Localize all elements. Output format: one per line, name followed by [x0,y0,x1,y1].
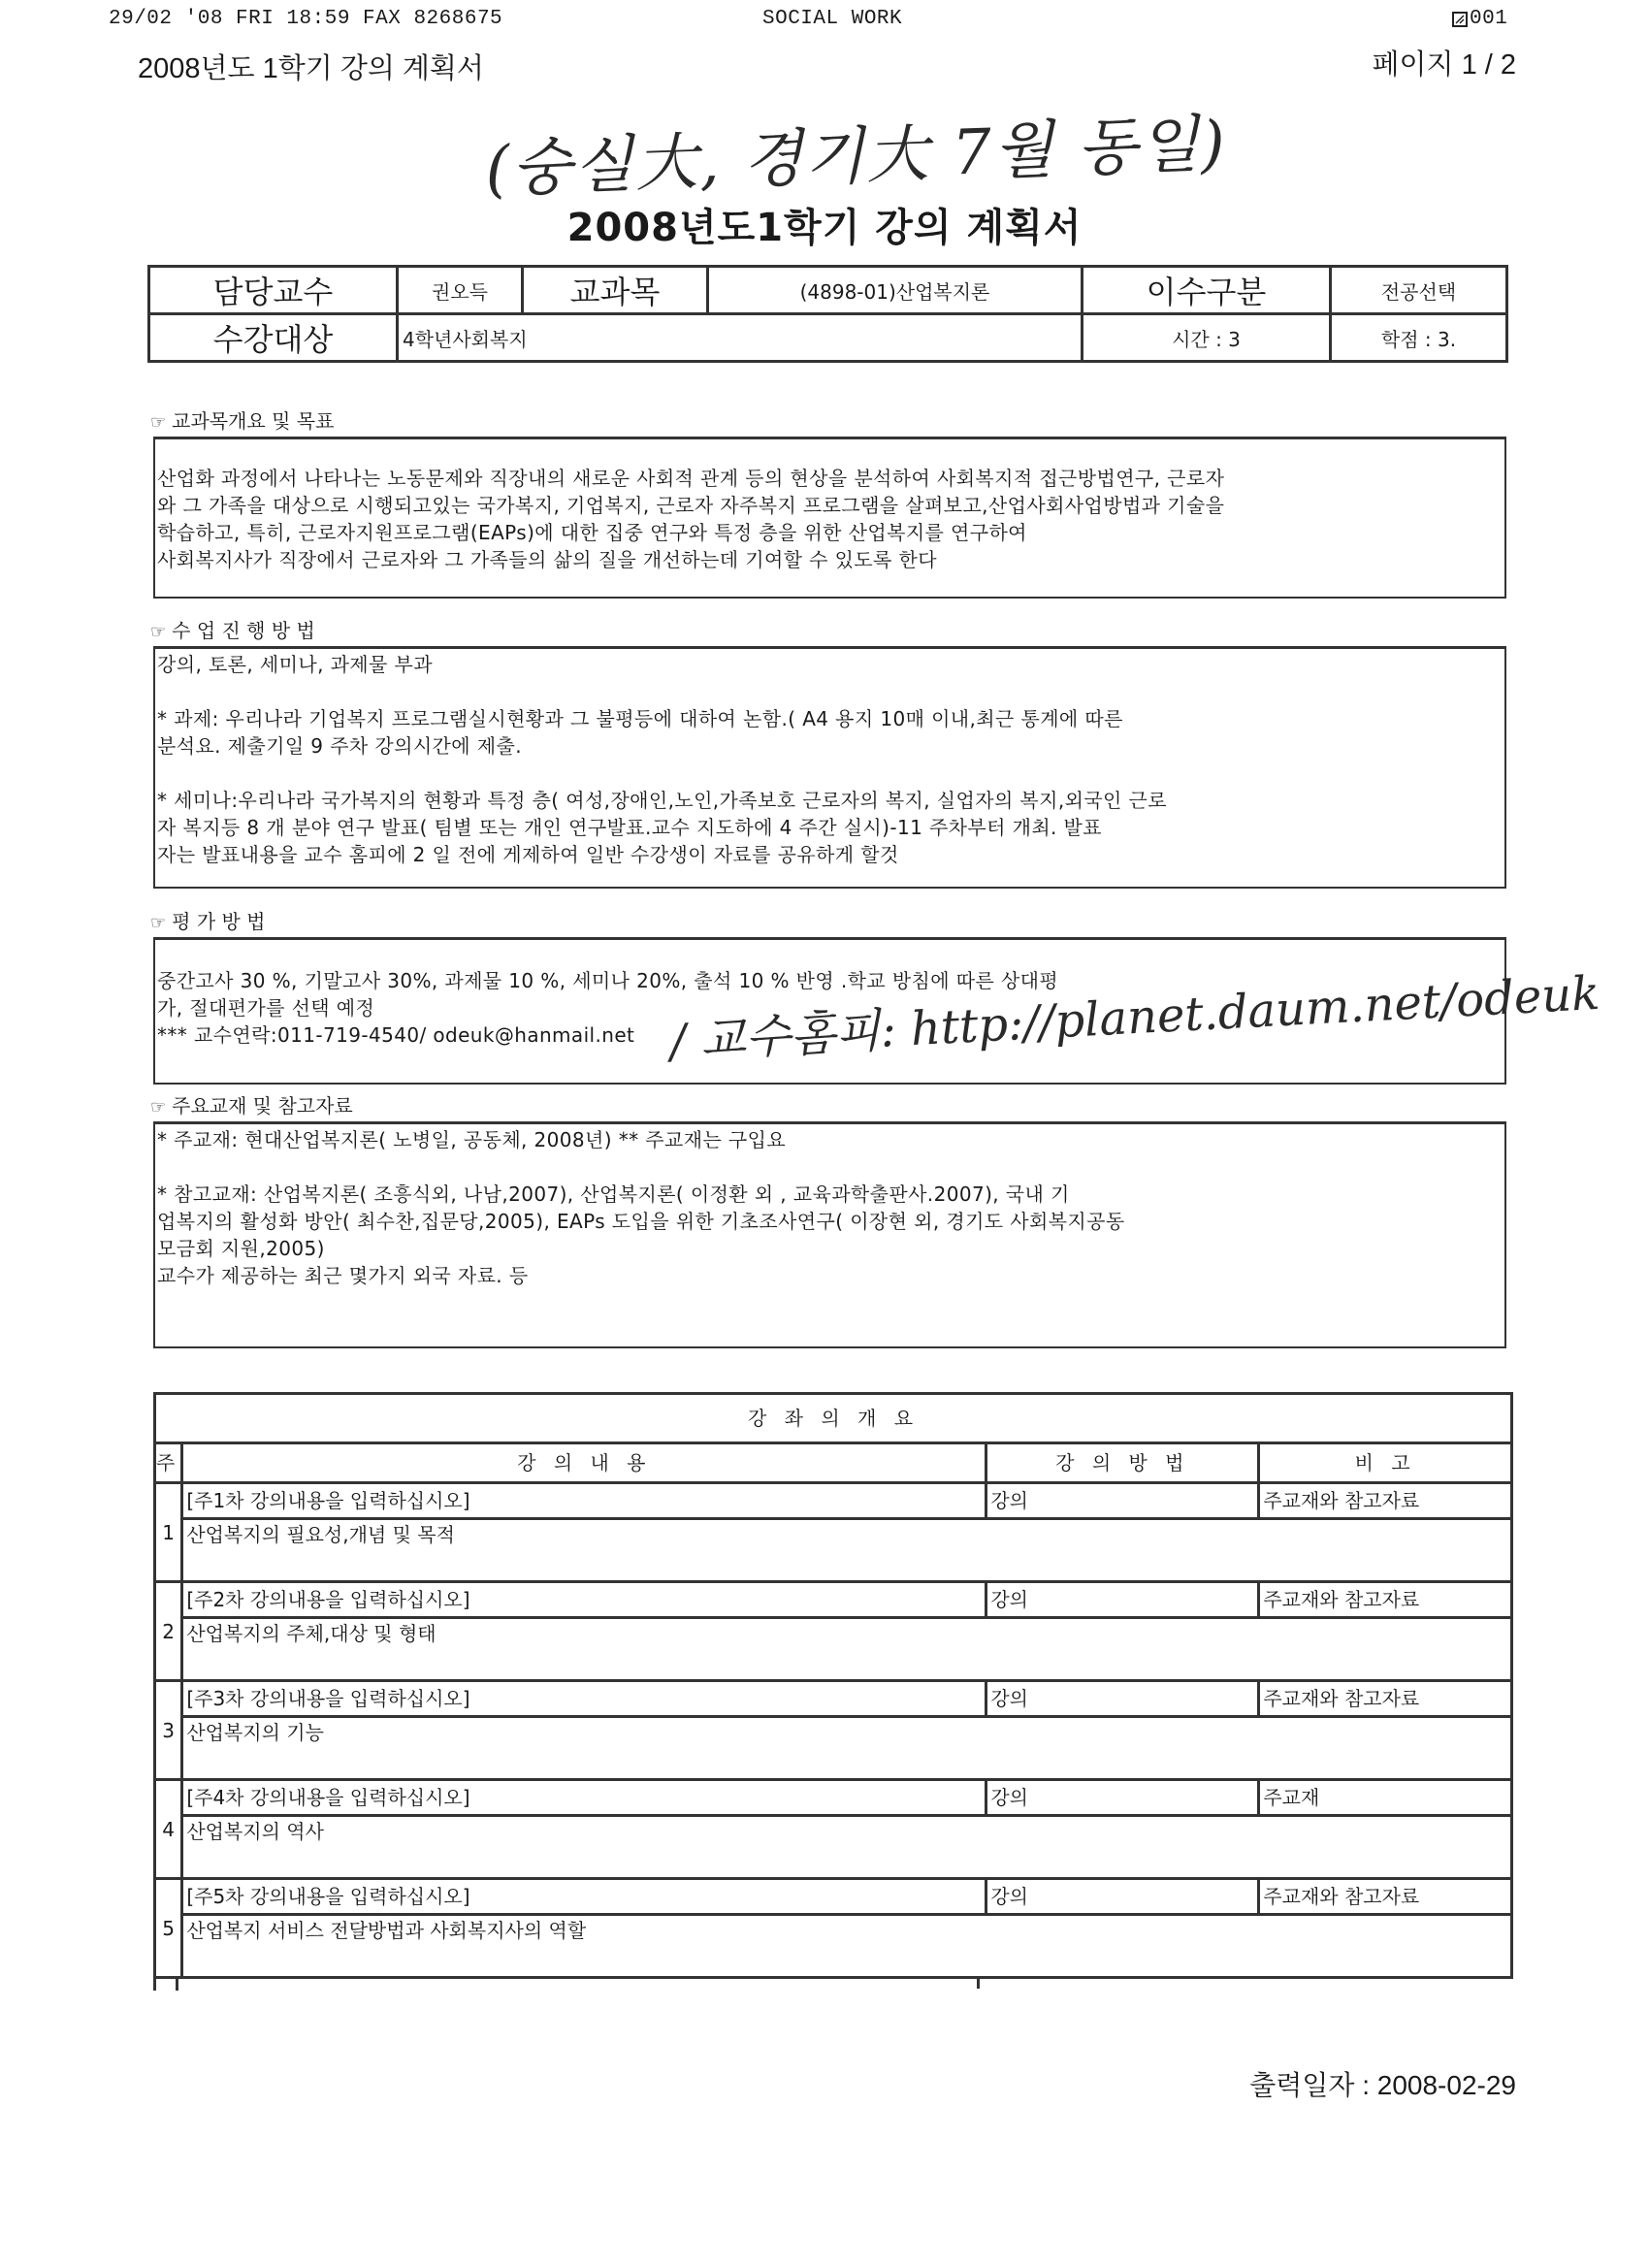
header-method: 강 의 방 법 [986,1443,1259,1483]
table-continuation-stub [153,1979,1513,1991]
credits-value: 학점 : 3. [1331,314,1507,362]
week-prompt: [주4차 강의내용을 입력하십시오] [182,1780,986,1816]
pointing-hand-icon: ☞ [150,412,166,433]
week-content: 산업복지의 주체,대상 및 형태 [182,1618,1512,1681]
pointing-hand-icon: ☞ [150,622,166,642]
professor-value: 권오득 [398,267,523,314]
week-note: 주교재와 참고자료 [1259,1582,1512,1618]
week-content: 산업복지 서비스 전달방법과 사회복지사의 역할 [182,1915,1512,1978]
course-label: 교과목 [523,267,708,314]
week-content: 산업복지의 기능 [182,1717,1512,1780]
header-week: 주 [155,1443,182,1483]
document-header-title: 2008년도 1학기 강의 계획서 [138,47,484,86]
table-row: 산업복지 서비스 전달방법과 사회복지사의 역할 [155,1915,1512,1978]
pointing-hand-icon: ☞ [150,1097,166,1118]
page-title: 2008년도1학기 강의 계획서 [0,197,1649,252]
category-value: 전공선택 [1331,267,1507,314]
target-value: 4학년사회복지 [398,314,1083,362]
week-method: 강의 [986,1582,1259,1618]
week-note: 주교재 [1259,1780,1512,1816]
handwritten-annotation: (숭실大, 경기大 7월 동일) [484,94,1229,210]
course-outline-title: 강 좌 의 개 요 [153,1392,1513,1442]
fax-timestamp: 29/02 '08 FRI 18:59 FAX 8268675 [109,8,502,30]
week-method: 강의 [986,1780,1259,1816]
method-box: 강의, 토론, 세미나, 과제물 부과 * 과제: 우리나라 기업복지 프로그램… [153,646,1506,889]
week-prompt: [주2차 강의내용을 입력하십시오] [182,1582,986,1618]
table-row: 1 [주1차 강의내용을 입력하십시오] 강의 주교재와 참고자료 [155,1483,1512,1519]
target-label: 수강대상 [149,314,398,362]
section-label-overview: ☞교과목개요 및 목표 [150,405,334,434]
table-row: 산업복지의 주체,대상 및 형태 [155,1618,1512,1681]
week-content: 산업복지의 필요성,개념 및 목적 [182,1519,1512,1582]
week-prompt: [주5차 강의내용을 입력하십시오] [182,1879,986,1915]
fax-department: SOCIAL WORK [762,8,902,30]
course-outline: 강 좌 의 개 요 주 강 의 내 용 강 의 방 법 비 고 1 [주1차 강… [153,1392,1513,1991]
table-row: 2 [주2차 강의내용을 입력하십시오] 강의 주교재와 참고자료 [155,1582,1512,1618]
section-label-method: ☞수 업 진 행 방 법 [150,615,315,643]
week-content: 산업복지의 역사 [182,1816,1512,1879]
week-number: 5 [155,1879,182,1978]
hours-value: 시간 : 3 [1083,314,1331,362]
week-note: 주교재와 참고자료 [1259,1681,1512,1717]
page-indicator: 페이지 1 / 2 [1372,43,1516,82]
week-prompt: [주1차 강의내용을 입력하십시오] [182,1483,986,1519]
table-row: 5 [주5차 강의내용을 입력하십시오] 강의 주교재와 참고자료 [155,1879,1512,1915]
table-row: 산업복지의 역사 [155,1816,1512,1879]
week-method: 강의 [986,1681,1259,1717]
course-info-table: 담당교수 권오득 교과목 (4898-01)산업복지론 이수구분 전공선택 수강… [147,265,1508,363]
week-note: 주교재와 참고자료 [1259,1483,1512,1519]
fax-page-code: 001 [1452,8,1507,30]
week-note: 주교재와 참고자료 [1259,1879,1512,1915]
table-row: 4 [주4차 강의내용을 입력하십시오] 강의 주교재 [155,1780,1512,1816]
section-label-evaluation: ☞평 가 방 법 [150,906,266,934]
table-row: 3 [주3차 강의내용을 입력하십시오] 강의 주교재와 참고자료 [155,1681,1512,1717]
overview-box: 산업화 과정에서 나타나는 노동문제와 직장내의 새로운 사회적 관계 등의 현… [153,437,1506,599]
textbooks-box: * 주교재: 현대산업복지론( 노병일, 공동체, 2008년) ** 주교재는… [153,1121,1506,1348]
week-prompt: [주3차 강의내용을 입력하십시오] [182,1681,986,1717]
pointing-hand-icon: ☞ [150,913,166,933]
course-value: (4898-01)산업복지론 [708,267,1083,314]
header-content: 강 의 내 용 [182,1443,986,1483]
week-number: 3 [155,1681,182,1780]
fax-checkbox-icon [1452,12,1468,27]
table-row: 산업복지의 필요성,개념 및 목적 [155,1519,1512,1582]
header-note: 비 고 [1259,1443,1512,1483]
course-outline-table: 주 강 의 내 용 강 의 방 법 비 고 1 [주1차 강의내용을 입력하십시… [153,1442,1513,1979]
section-label-textbooks: ☞주요교재 및 참고자료 [150,1090,353,1118]
week-number: 4 [155,1780,182,1879]
category-label: 이수구분 [1083,267,1331,314]
week-method: 강의 [986,1879,1259,1915]
week-number: 1 [155,1483,182,1582]
week-method: 강의 [986,1483,1259,1519]
professor-label: 담당교수 [149,267,398,314]
table-row: 산업복지의 기능 [155,1717,1512,1780]
print-date: 출력일자 : 2008-02-29 [1249,2064,1516,2103]
week-number: 2 [155,1582,182,1681]
